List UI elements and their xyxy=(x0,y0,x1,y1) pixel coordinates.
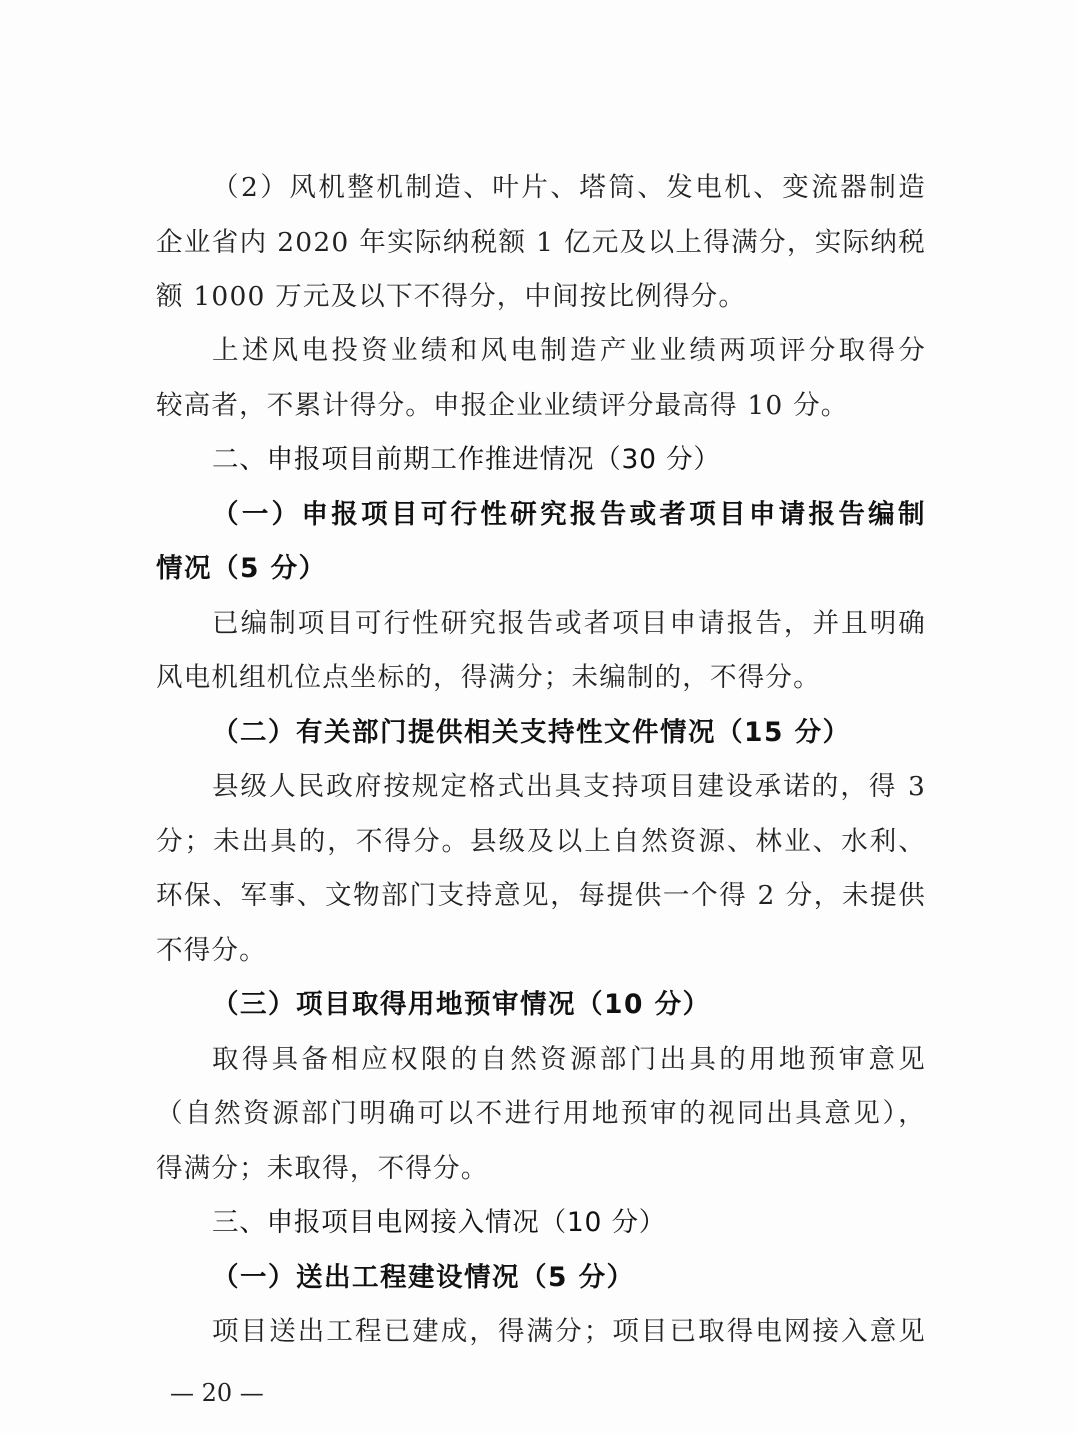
paragraph-line-manufacturing-criteria: （2）风机整机制造、叶片、塔筒、发电机、变流器制造 xyxy=(212,168,926,208)
paragraph-line: 取得具备相应权限的自然资源部门出具的用地预审意见 xyxy=(212,1040,926,1080)
paragraph-line: 较高者，不累计得分。申报企业业绩评分最高得 10 分。 xyxy=(156,386,926,426)
paragraph-line: 县级人民政府按规定格式出具支持项目建设承诺的，得 3 xyxy=(212,767,926,807)
page-number: — 20 — xyxy=(170,1378,264,1408)
paragraph-line: 不得分。 xyxy=(156,931,926,971)
subsection-heading-2-3: （三）项目取得用地预审情况（10 分） xyxy=(212,985,926,1025)
subsection-heading-2-1: （一）申报项目可行性研究报告或者项目申请报告编制 xyxy=(212,495,926,535)
document-page: （2）风机整机制造、叶片、塔筒、发电机、变流器制造 企业省内 2020 年实际纳… xyxy=(0,0,1076,1433)
subsection-heading-2-1-cont: 情况（5 分） xyxy=(156,549,926,589)
paragraph-line: 项目送出工程已建成，得满分；项目已取得电网接入意见 xyxy=(212,1312,926,1352)
paragraph-line: 得满分；未取得，不得分。 xyxy=(156,1149,926,1189)
paragraph-line: 分；未出具的，不得分。县级及以上自然资源、林业、水利、 xyxy=(156,822,926,862)
paragraph-line: 已编制项目可行性研究报告或者项目申请报告，并且明确 xyxy=(212,604,926,644)
section-heading-3: 三、申报项目电网接入情况（10 分） xyxy=(212,1203,926,1243)
subsection-heading-2-2: （二）有关部门提供相关支持性文件情况（15 分） xyxy=(212,713,926,753)
paragraph-line: 风电机组机位点坐标的，得满分；未编制的，不得分。 xyxy=(156,658,926,698)
subsection-heading-3-1: （一）送出工程建设情况（5 分） xyxy=(212,1258,926,1298)
paragraph-line: （自然资源部门明确可以不进行用地预审的视同出具意见）， xyxy=(156,1094,926,1134)
paragraph-line: 环保、军事、文物部门支持意见，每提供一个得 2 分，未提供 xyxy=(156,876,926,916)
section-heading-2: 二、申报项目前期工作推进情况（30 分） xyxy=(212,440,926,480)
paragraph-line: 企业省内 2020 年实际纳税额 1 亿元及以上得满分，实际纳税 xyxy=(156,223,926,263)
paragraph-line: 额 1000 万元及以下不得分，中间按比例得分。 xyxy=(156,277,926,317)
paragraph-line-summary: 上述风电投资业绩和风电制造产业业绩两项评分取得分 xyxy=(212,331,926,371)
